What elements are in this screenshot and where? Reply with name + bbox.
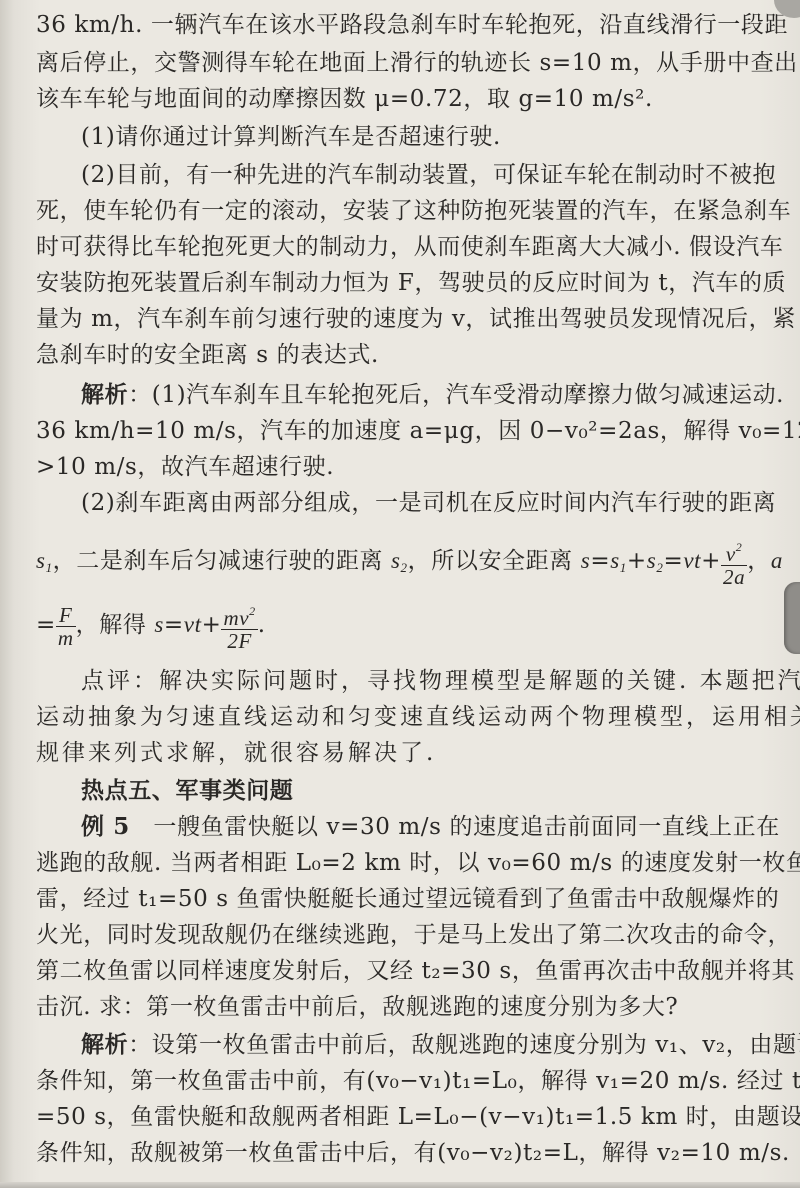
question-1: (1)请你通过计算判断汽车是否超速行驶.: [81, 122, 501, 152]
problem-text-line-2: 离后停止，交警测得车轮在地面上滑行的轨迹长 s=10 m，从手册中查出: [36, 48, 798, 78]
solution-5-line-4: 条件知，敌舰被第一枚鱼雷击中后，有(v₀−v₂)t₂=L，解得 v₂=10 m/…: [36, 1138, 790, 1168]
solution-4-part2-line-2: s1，二是刹车后匀减速行驶的距离 s2，所以安全距离 s=s1+s2=vt+v2…: [36, 536, 783, 588]
example-5-line-3: 雷，经过 t₁=50 s 鱼雷快艇艇长通过望远镜看到了鱼雷击中敌舰爆炸的: [36, 884, 779, 914]
solution-4-part2-line-1: (2)刹车距离由两部分组成，一是司机在反应时间内汽车行驶的距离: [81, 488, 776, 518]
fraction-mv2-over-2f: mv22F: [221, 600, 257, 652]
question-2-line-2: 死，使车轮仍有一定的滚动，安装了这种防抱死装置的汽车，在紧急刹车: [36, 196, 791, 226]
formula-result: s: [154, 612, 164, 637]
problem-text-line-1: 36 km/h. 一辆汽车在该水平路段急刹车时车轮抱死，沿直线滑行一段距: [36, 10, 788, 40]
solution-4-line-1: 解析：(1)汽车刹车且车轮抱死后，汽车受滑动摩擦力做匀减速运动.: [81, 380, 784, 410]
solution-5-line-1: 解析：设第一枚鱼雷击中前后，敌舰逃跑的速度分别为 v₁、v₂，由题设: [81, 1030, 800, 1060]
example-5-line-6: 击沉. 求：第一枚鱼雷击中前后，敌舰逃跑的速度分别为多大?: [36, 992, 678, 1022]
solution-4-part2-line-3: =Fm，解得 s=vt+mv22F.: [36, 600, 266, 652]
solution-label: 解析: [81, 381, 128, 408]
example-5-line-1: 例 5 一艘鱼雷快艇以 v=30 m/s 的速度追击前面同一直线上正在: [81, 812, 780, 842]
section-heading: 热点五、军事类问题: [81, 776, 293, 806]
example-5-line-5: 第二枚鱼雷以同样速度发射后，又经 t₂=30 s，鱼雷再次击中敌舰并将其: [36, 956, 795, 986]
example-label: 例 5: [81, 813, 130, 840]
comment-4-line-3: 规律来列式求解，就很容易解决了.: [36, 738, 436, 768]
question-2-line-4: 安装防抱死装置后刹车制动力恒为 F，驾驶员的反应时间为 t，汽车的质: [36, 268, 786, 298]
fraction-f-over-m: Fm: [56, 604, 76, 649]
solution-4-line-3: >10 m/s，故汽车超速行驶.: [36, 452, 334, 482]
solution-5-line-3: =50 s，鱼雷快艇和敌舰两者相距 L=L₀−(v−v₁)t₁=1.5 km 时…: [36, 1102, 800, 1132]
solution-label: 解析: [81, 1031, 128, 1058]
page-bottom-edge: [0, 1182, 800, 1188]
comment-label: 点评: [81, 668, 133, 694]
example-5-line-4: 火光，同时发现敌舰仍在继续逃跑，于是马上发出了第二次攻击的命令，: [36, 920, 791, 950]
solution-5-line-2: 条件知，第一枚鱼雷击中前，有(v₀−v₁)t₁=L₀，解得 v₁=20 m/s.…: [36, 1066, 800, 1096]
question-2-line-5: 量为 m，汽车刹车前匀速行驶的速度为 v，试推出驾驶员发现情况后，紧: [36, 304, 796, 334]
question-2-line-3: 时可获得比车轮抱死更大的制动力，从而使刹车距离大大减小. 假设汽车: [36, 232, 783, 262]
problem-text-line-3: 该车车轮与地面间的动摩擦因数 μ=0.72，取 g=10 m/s².: [36, 84, 653, 114]
comment-4-line-2: 运动抽象为匀速直线运动和匀变速直线运动两个物理模型，运用相关的: [36, 702, 800, 732]
question-2-line-6: 急刹车时的安全距离 s 的表达式.: [36, 340, 379, 370]
solution-4-line-2: 36 km/h=10 m/s，汽车的加速度 a=μg，因 0−v₀²=2as，解…: [36, 416, 800, 446]
example-5-line-2: 逃跑的敌舰. 当两者相距 L₀=2 km 时，以 v₀=60 m/s 的速度发射…: [36, 848, 800, 878]
formula-safe-distance: s: [581, 548, 591, 573]
question-2-line-1: (2)目前，有一种先进的汽车制动装置，可保证车轮在制动时不被抱: [81, 160, 776, 190]
comment-4-line-1: 点评：解决实际问题时，寻找物理模型是解题的关键. 本题把汽车的: [81, 666, 800, 696]
fraction-v2-over-2a: v22a: [721, 536, 747, 588]
book-edge-tab: [784, 582, 800, 654]
